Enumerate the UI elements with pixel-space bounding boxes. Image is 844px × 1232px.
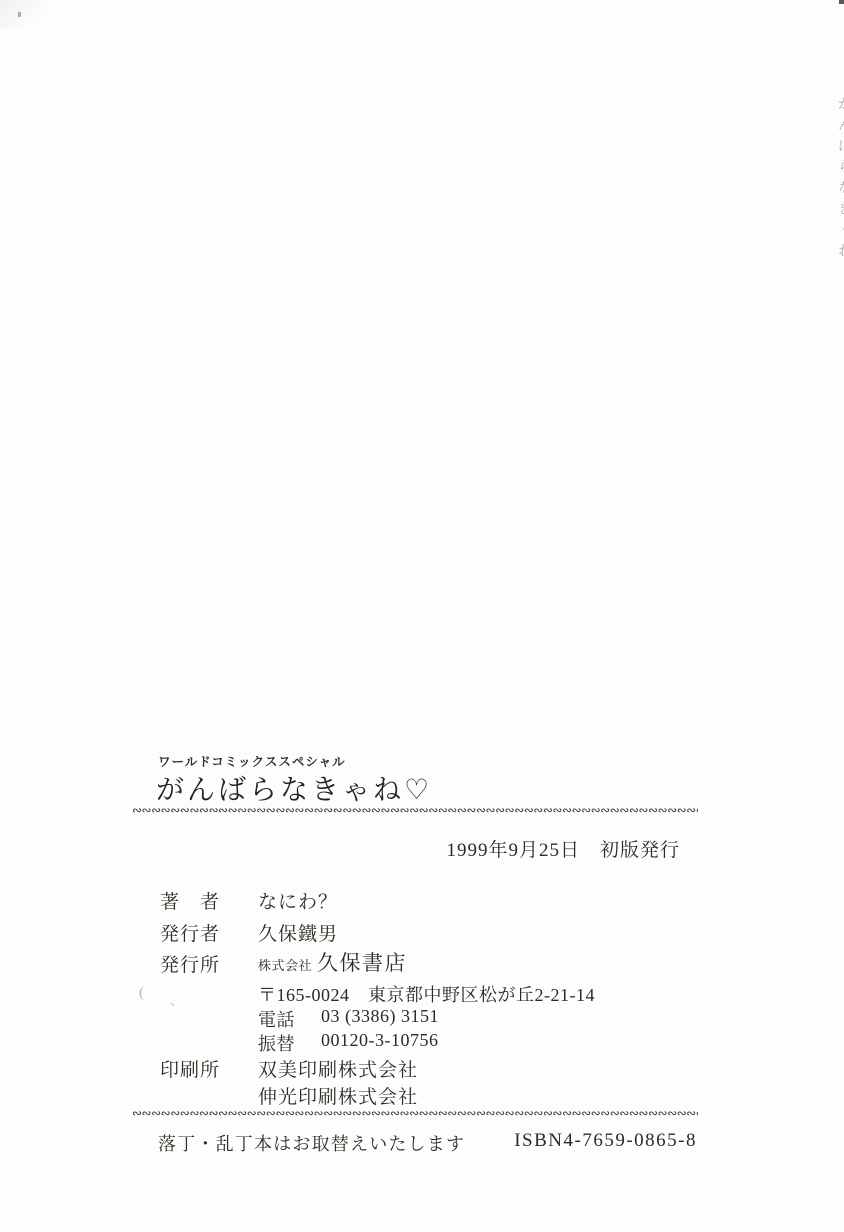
edition-date: 1999年9月25日 初版発行 [330,835,680,862]
printer-label: 印刷所 [160,1055,220,1082]
publishing-house-label: 発行所 [160,950,220,977]
phone-number: 03 (3386) 3151 [321,1006,439,1032]
author-value: なにわ？ [258,887,338,914]
phone-row: 電話 03 (3386) 3151 [258,1006,439,1032]
printer-name-2: 伸光印刷株式会社 [258,1082,418,1109]
ornament-divider-top: ∾∾∾∾∾∾∾∾∾∾∾∾∾∾∾∾∾∾∾∾∾∾∾∾∾∾∾∾∾∾∾∾∾∾∾∾∾∾∾∾… [132,804,698,819]
scan-speck-top-right [839,0,844,4]
printer-name-1: 双美印刷株式会社 [258,1055,418,1082]
publishing-house-name: 久保書店 [317,947,407,977]
publisher-value: 久保鐵男 [258,919,338,946]
postal-transfer-number: 00120-3-10756 [321,1030,439,1056]
scan-ghost-mark: ( [139,985,144,1002]
publisher-address: 〒165-0024 東京都中野区松が丘2-21-14 [258,981,595,1007]
scan-ghost-mark: 、 [170,990,183,1009]
postal-transfer-row: 振替 00120-3-10756 [258,1030,439,1056]
publishing-house-prefix: 株式会社 [258,955,312,974]
page-edge-bleed-text: がんばらなきゃね [834,96,844,286]
scan-speck-top-left [18,12,21,17]
book-title: がんばらなきゃね♡ [156,768,432,808]
scan-corner-shade [0,0,50,28]
phone-label: 電話 [258,1006,295,1032]
ornament-divider-bottom: ∾∾∾∾∾∾∾∾∾∾∾∾∾∾∾∾∾∾∾∾∾∾∾∾∾∾∾∾∾∾∾∾∾∾∾∾∾∾∾∾… [132,1107,698,1122]
postal-address: 〒165-0024 東京都中野区松が丘2-21-14 [258,981,595,1007]
publishing-house-value: 株式会社 久保書店 [258,947,407,977]
book-colophon-page: がんばらなきゃね ( 、 ワールドコミックススペシャル がんばらなきゃね♡ ∾∾… [0,0,844,1232]
postal-transfer-label: 振替 [258,1030,295,1056]
author-label: 著 者 [160,887,220,914]
publisher-label: 発行者 [160,919,220,946]
defect-exchange-notice: 落丁・乱丁本はお取替えいたします [158,1130,465,1156]
isbn-number: ISBN4-7659-0865-8 [514,1130,697,1152]
